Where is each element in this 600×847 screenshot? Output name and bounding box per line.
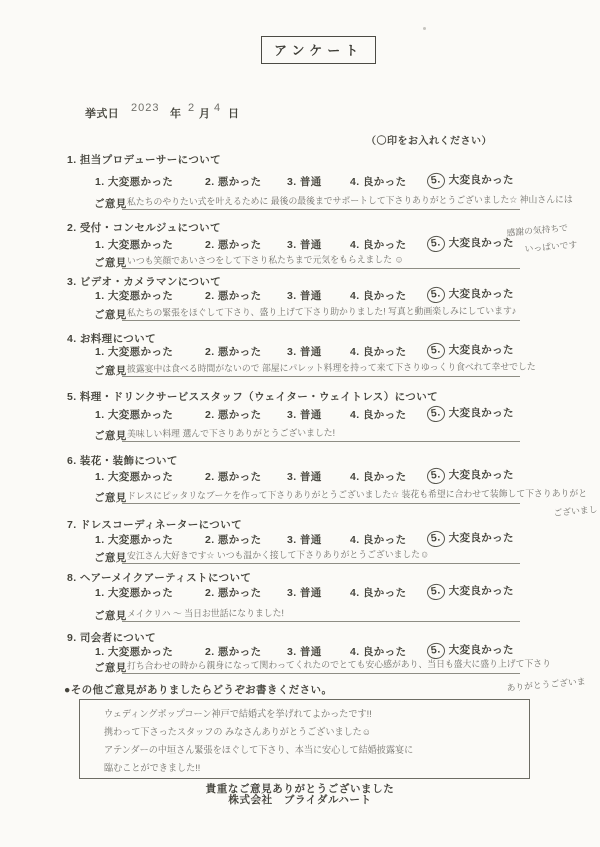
rating-option: 4. 良かった: [350, 288, 406, 303]
handwritten-comment: ドレスにピッタリなブーケを作って下さりありがとうございました☆ 装花も希望に合わ…: [127, 485, 587, 502]
rating-option: 4. 良かった: [350, 237, 406, 252]
selected-rating-circle: 5.: [426, 235, 445, 253]
rating-option-selected-label: 大変良かった: [449, 532, 514, 544]
handwritten-comment: 私たちの緊張をほぐして下さり、盛り上げて下さり助かりました! 写真と動画楽しみに…: [127, 303, 516, 319]
rating-option: 2. 悪かった: [205, 344, 261, 359]
rating-option: 3. 普通: [287, 407, 322, 422]
wedding-date-month-value: 2: [188, 102, 195, 114]
comment-underline: 打ち合わせの時から親身になって関わってくれたのでとても安心感があり、当日も盛大に…: [122, 658, 520, 674]
rating-option: 3. 普通: [287, 532, 322, 547]
rating-option: 1. 大変悪かった: [95, 344, 173, 359]
rating-option: 1. 大変悪かった: [95, 585, 173, 600]
comment-underline: 私たちの緊張をほぐして下さり、盛り上げて下さり助かりました! 写真と動画楽しみに…: [122, 305, 520, 321]
rating-option-selected: 5.大変良かった: [427, 172, 514, 189]
wedding-date-day-unit: 日: [228, 105, 239, 121]
section-heading: 9. 司会者について: [67, 630, 156, 645]
other-comments-heading: ●その他ご意見がありましたらどうぞお書きください。: [64, 682, 332, 697]
rating-option: 4. 良かった: [350, 344, 406, 359]
comment-underline: いつも笑顔であいさつをして下さり私たちまで元気をもらえました ☺: [122, 253, 520, 269]
other-comment-line: 臨むことができました!!: [104, 760, 200, 774]
rating-option-selected: 5.大変良かった: [427, 235, 514, 252]
rating-option-selected: 5.大変良かった: [427, 342, 514, 359]
selected-rating-circle: 5.: [426, 405, 445, 423]
rating-option: 3. 普通: [287, 174, 322, 189]
comment-underline: 美味しい料理 選んで下さりありがとうございました!: [122, 426, 520, 442]
other-comment-line: ウェディングポップコーン神戸で結婚式を挙げれてよかったです!!: [104, 706, 372, 720]
handwritten-comment: 私たちのやりたい式を叶えるために 最後の最後までサポートして下さりありがとうござ…: [127, 191, 573, 208]
rating-option: 2. 悪かった: [205, 585, 261, 600]
rating-option-selected: 5.大変良かった: [427, 467, 514, 484]
section-heading: 5. 料理・ドリンクサービススタッフ（ウェイター・ウェイトレス）について: [67, 389, 438, 404]
rating-option-selected: 5.大変良かった: [427, 583, 514, 600]
rating-option-selected-label: 大変良かった: [449, 585, 514, 597]
comment-underline: 安江さん大好きです☆ いつも温かく接して下さりありがとうございました☺: [122, 548, 520, 564]
handwritten-comment: いつも笑顔であいさつをして下さり私たちまで元気をもらえました ☺: [127, 251, 404, 267]
other-comment-line: 携わって下さったスタッフの みなさんありがとうございました☺: [104, 724, 371, 738]
form-title-text: アンケート: [274, 43, 363, 58]
footer-company: 株式会社 ブライダルハート: [0, 792, 600, 807]
survey-document: アンケート 挙式日 2023 年 2 月 4 日 （〇印をお入れください） 1.…: [0, 0, 600, 847]
rating-option: 4. 良かった: [350, 532, 406, 547]
wedding-date-label: 挙式日: [85, 105, 119, 121]
rating-option: 2. 悪かった: [205, 532, 261, 547]
rating-option: 1. 大変悪かった: [95, 469, 173, 484]
rating-option-selected-label: 大変良かった: [449, 407, 514, 419]
wedding-date-month-unit: 月: [199, 105, 210, 121]
rating-option-selected-label: 大変良かった: [449, 237, 514, 249]
selected-rating-circle: 5.: [426, 172, 445, 190]
rating-option: 2. 悪かった: [205, 174, 261, 189]
handwritten-comment: 打ち合わせの時から親身になって関わってくれたのでとても安心感があり、当日も盛大に…: [127, 656, 551, 672]
rating-option-selected-label: 大変良かった: [449, 288, 514, 300]
section-heading: 6. 装花・装飾について: [67, 453, 178, 468]
selected-rating-circle: 5.: [426, 342, 445, 360]
rating-option: 3. 普通: [287, 344, 322, 359]
comment-underline: ドレスにピッタリなブーケを作って下さりありがとうございました☆ 装花も希望に合わ…: [122, 488, 520, 504]
rating-option: 1. 大変悪かった: [95, 532, 173, 547]
section-heading: 7. ドレスコーディネーターについて: [67, 517, 242, 532]
rating-option-selected: 5.大変良かった: [427, 530, 514, 547]
rating-option: 4. 良かった: [350, 407, 406, 422]
rating-option: 4. 良かった: [350, 174, 406, 189]
rating-option-selected-label: 大変良かった: [449, 469, 514, 481]
rating-option-selected-label: 大変良かった: [449, 644, 514, 656]
selected-rating-circle: 5.: [426, 286, 445, 304]
selected-rating-circle: 5.: [426, 583, 445, 601]
handwritten-comment: 披露宴中は食べる時間がないので 部屋にパレット料理を持って来て下さりゆっくり食べ…: [127, 359, 536, 375]
rating-option-selected: 5.大変良かった: [427, 286, 514, 303]
rating-option: 4. 良かった: [350, 585, 406, 600]
other-comments-box: ウェディングポップコーン神戸で結婚式を挙げれてよかったです!!携わって下さったス…: [79, 699, 530, 779]
section-heading: 2. 受付・コンセルジュについて: [67, 220, 221, 235]
rating-option: 2. 悪かった: [205, 469, 261, 484]
rating-option: 4. 良かった: [350, 469, 406, 484]
circle-instruction: （〇印をお入れください）: [0, 132, 492, 147]
form-title: アンケート: [261, 36, 376, 64]
handwritten-margin-note: ございまし: [553, 502, 598, 519]
rating-option-selected-label: 大変良かった: [449, 344, 514, 356]
rating-option: 1. 大変悪かった: [95, 407, 173, 422]
wedding-date-year-unit: 年: [170, 105, 181, 121]
wedding-date-year-value: 2023: [131, 102, 159, 114]
other-comment-line: アテンダーの中垣さん緊張をほぐして下さり、本当に安心して結婚披露宴に: [104, 742, 413, 756]
handwritten-comment: 安江さん大好きです☆ いつも温かく接して下さりありがとうございました☺: [127, 546, 429, 562]
section-heading: 1. 担当プロデューサーについて: [67, 152, 221, 167]
comment-underline: メイクリハ 〜 当日お世話になりました!: [122, 606, 520, 622]
wedding-date-day-value: 4: [214, 102, 221, 114]
rating-option: 3. 普通: [287, 237, 322, 252]
rating-option: 2. 悪かった: [205, 237, 261, 252]
rating-option: 3. 普通: [287, 288, 322, 303]
handwritten-comment: メイクリハ 〜 当日お世話になりました!: [127, 605, 284, 620]
rating-option: 3. 普通: [287, 585, 322, 600]
rating-option: 1. 大変悪かった: [95, 174, 173, 189]
handwritten-margin-note: 感謝の気持ちで: [506, 221, 568, 239]
handwritten-comment: 美味しい料理 選んで下さりありがとうございました!: [127, 425, 335, 440]
rating-option: 1. 大変悪かった: [95, 288, 173, 303]
comment-underline: 私たちのやりたい式を叶えるために 最後の最後までサポートして下さりありがとうござ…: [122, 194, 520, 210]
handwritten-margin-note: いっぱいです: [524, 237, 578, 255]
rating-option-selected: 5.大変良かった: [427, 405, 514, 422]
rating-option: 3. 普通: [287, 469, 322, 484]
handwritten-margin-note: ありがとうございま: [506, 674, 586, 694]
rating-option: 1. 大変悪かった: [95, 237, 173, 252]
rating-option: 2. 悪かった: [205, 288, 261, 303]
rating-option: 2. 悪かった: [205, 407, 261, 422]
rating-option: 1. 大変悪かった: [95, 644, 173, 659]
section-heading: 8. ヘアーメイクアーティストについて: [67, 570, 251, 585]
selected-rating-circle: 5.: [426, 467, 445, 485]
rating-option-selected-label: 大変良かった: [449, 174, 514, 186]
section-heading: 3. ビデオ・カメラマンについて: [67, 274, 221, 289]
comment-underline: 披露宴中は食べる時間がないので 部屋にパレット料理を持って来て下さりゆっくり食べ…: [122, 361, 520, 377]
scan-artifact-dot: [423, 27, 426, 30]
